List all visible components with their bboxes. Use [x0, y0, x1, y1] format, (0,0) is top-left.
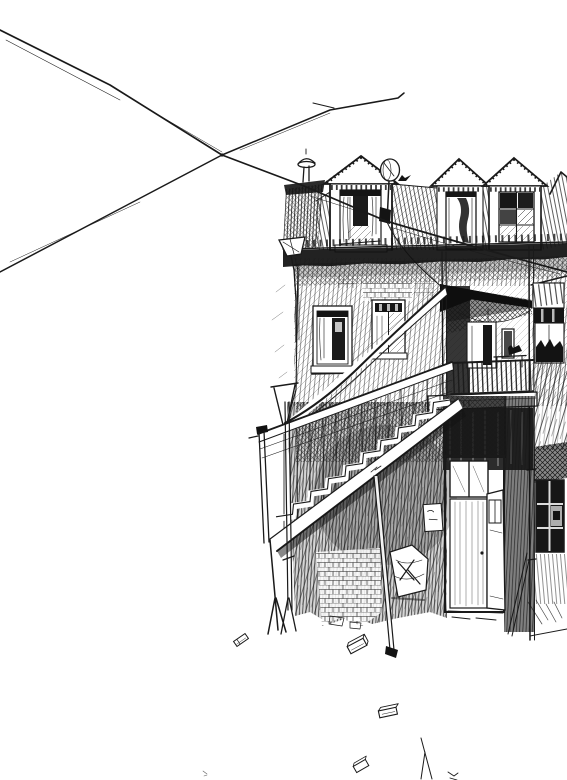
wire-crossing-knot: [220, 153, 223, 156]
dormer-1-window: [340, 190, 381, 247]
exposed-bricks-base: [316, 548, 382, 629]
wall-sign: [423, 503, 443, 531]
window-left: [311, 306, 354, 374]
balcony-plants: [536, 339, 563, 362]
door-handle: [480, 551, 483, 554]
sketch-page: Courtyard facade with external staircase…: [0, 0, 567, 780]
ground-floor-window-right: [536, 480, 564, 552]
dark-sash: [534, 308, 564, 323]
door-leaf-closed: [450, 499, 487, 608]
door-leaf-ajar: [487, 490, 505, 610]
building: [249, 149, 567, 658]
balcony-railing: [451, 360, 533, 394]
ink-drawing: Courtyard facade with external staircase…: [0, 0, 567, 780]
transom-window: [450, 461, 488, 497]
